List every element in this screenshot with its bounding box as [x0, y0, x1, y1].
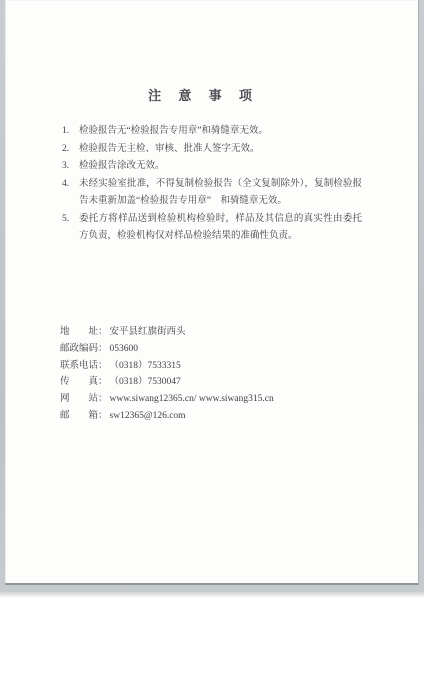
contact-row-website: 网 站：www.siwang12365.cn/ www.siwang315.cn [60, 391, 380, 408]
notice-text: 检验报告涂改无效。 [79, 161, 165, 171]
notice-item-5: 5. 委托方将样品送到检验机构检验时，样品及其信息的真实性由委托方负责，检验机构… [62, 211, 362, 246]
notice-number: 2. [62, 141, 69, 159]
notice-list: 1. 检验报告无“检验报告专用章”和骑缝章无效。 2. 检验报告无主检、审核、批… [62, 123, 362, 246]
contact-row-address: 地 址：安平县红旗街西头 [60, 324, 380, 341]
contact-block: 地 址：安平县红旗街西头 邮政编码：053600 联系电话：（0318）7533… [60, 324, 380, 425]
scan-bottom-fade [0, 592, 424, 598]
contact-value: （0318）7533315 [110, 361, 181, 371]
contact-value: （0318）7530047 [110, 377, 181, 387]
contact-value: 053600 [110, 344, 139, 354]
contact-value: www.siwang12365.cn/ www.siwang315.cn [110, 394, 274, 404]
contact-row-phone: 联系电话：（0318）7533315 [60, 358, 380, 375]
screenshot-canvas: 注 意 事 项 1. 检验报告无“检验报告专用章”和骑缝章无效。 2. 检验报告… [0, 0, 424, 700]
notice-item-2: 2. 检验报告无主检、审核、批准人签字无效。 [62, 141, 362, 159]
notice-item-1: 1. 检验报告无“检验报告专用章”和骑缝章无效。 [62, 123, 362, 141]
notice-number: 4. [62, 176, 69, 194]
contact-row-postcode: 邮政编码：053600 [60, 341, 380, 358]
notice-text: 委托方将样品送到检验机构检验时，样品及其信息的真实性由委托方负责，检验机构仅对样… [79, 214, 362, 242]
contact-value: 安平县红旗街西头 [110, 327, 186, 337]
notice-number: 5. [62, 211, 69, 229]
notice-item-4: 4. 未经实验室批准，不得复制检验报告（全文复制除外），复制检验报告未重新加盖“… [62, 176, 362, 211]
contact-label: 地 址： [60, 324, 108, 341]
contact-label: 联系电话： [60, 358, 108, 375]
notice-item-3: 3. 检验报告涂改无效。 [62, 158, 362, 176]
contact-label: 邮政编码： [60, 341, 108, 358]
notice-number: 1. [62, 123, 69, 141]
notice-number: 3. [62, 158, 69, 176]
document-page: 注 意 事 项 1. 检验报告无“检验报告专用章”和骑缝章无效。 2. 检验报告… [5, 0, 419, 585]
contact-row-email: 邮 箱：sw12365@126.com [60, 408, 380, 425]
notice-text: 检验报告无主检、审核、批准人签字无效。 [79, 144, 260, 154]
contact-label: 网 站： [60, 391, 108, 408]
notice-text: 检验报告无“检验报告专用章”和骑缝章无效。 [79, 126, 268, 136]
contact-label: 传 真： [60, 374, 108, 391]
page-title: 注 意 事 项 [0, 85, 410, 104]
contact-label: 邮 箱： [60, 408, 108, 425]
contact-value: sw12365@126.com [110, 411, 186, 421]
notice-text: 未经实验室批准，不得复制检验报告（全文复制除外），复制检验报告未重新加盖“检验报… [79, 179, 362, 207]
contact-row-fax: 传 真：（0318）7530047 [60, 374, 380, 391]
